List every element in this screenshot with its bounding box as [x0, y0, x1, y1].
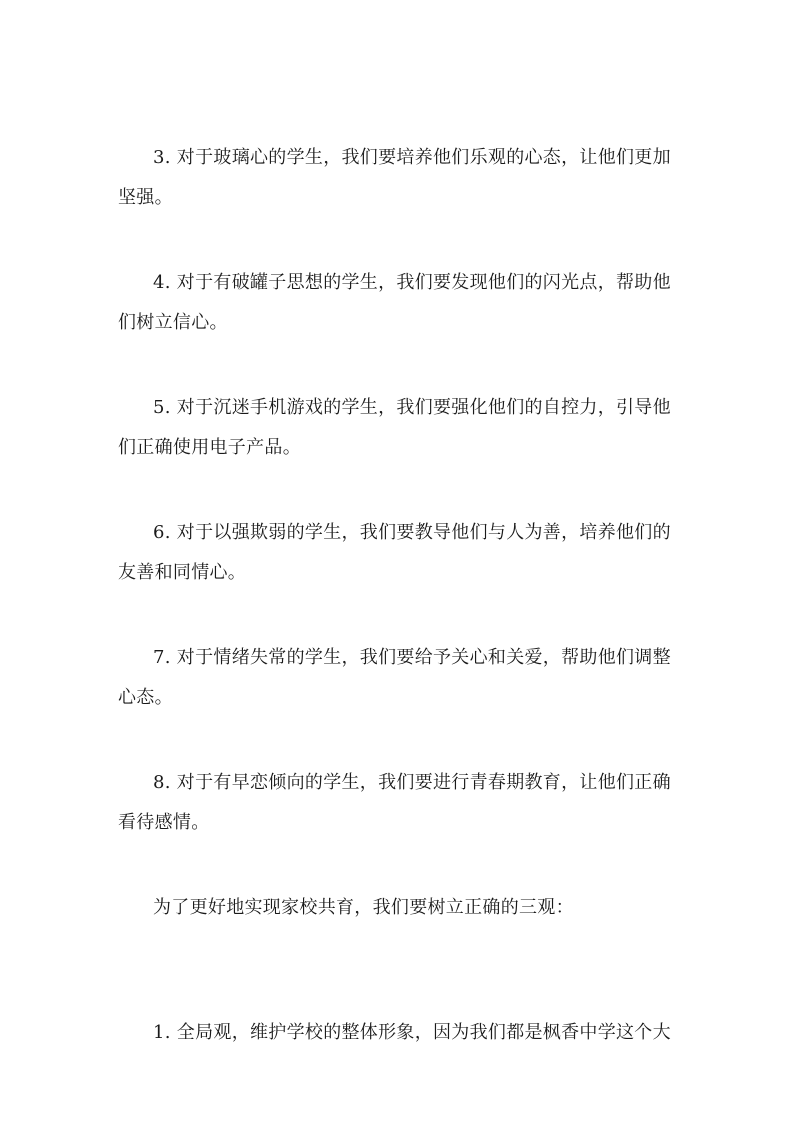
paragraph-item-8: 8. 对于有早恋倾向的学生，我们要进行青春期教育，让他们正确看待感情。 — [118, 763, 686, 843]
paragraph-intro-three-views: 为了更好地实现家校共育，我们要树立正确的三观： — [118, 888, 686, 928]
paragraph-item-3: 3. 对于玻璃心的学生，我们要培养他们乐观的心态，让他们更加坚强。 — [118, 138, 686, 218]
paragraph-item-6: 6. 对于以强欺弱的学生，我们要教导他们与人为善，培养他们的友善和同情心。 — [118, 513, 686, 593]
paragraph-item-4: 4. 对于有破罐子思想的学生，我们要发现他们的闪光点，帮助他们树立信心。 — [118, 263, 686, 343]
paragraph-item-5: 5. 对于沉迷手机游戏的学生，我们要强化他们的自控力，引导他们正确使用电子产品。 — [118, 388, 686, 468]
document-page: 3. 对于玻璃心的学生，我们要培养他们乐观的心态，让他们更加坚强。 4. 对于有… — [0, 0, 793, 1122]
paragraph-item-7: 7. 对于情绪失常的学生，我们要给予关心和关爱，帮助他们调整心态。 — [118, 638, 686, 718]
paragraph-view-1: 1. 全局观，维护学校的整体形象，因为我们都是枫香中学这个大 — [118, 1013, 686, 1053]
